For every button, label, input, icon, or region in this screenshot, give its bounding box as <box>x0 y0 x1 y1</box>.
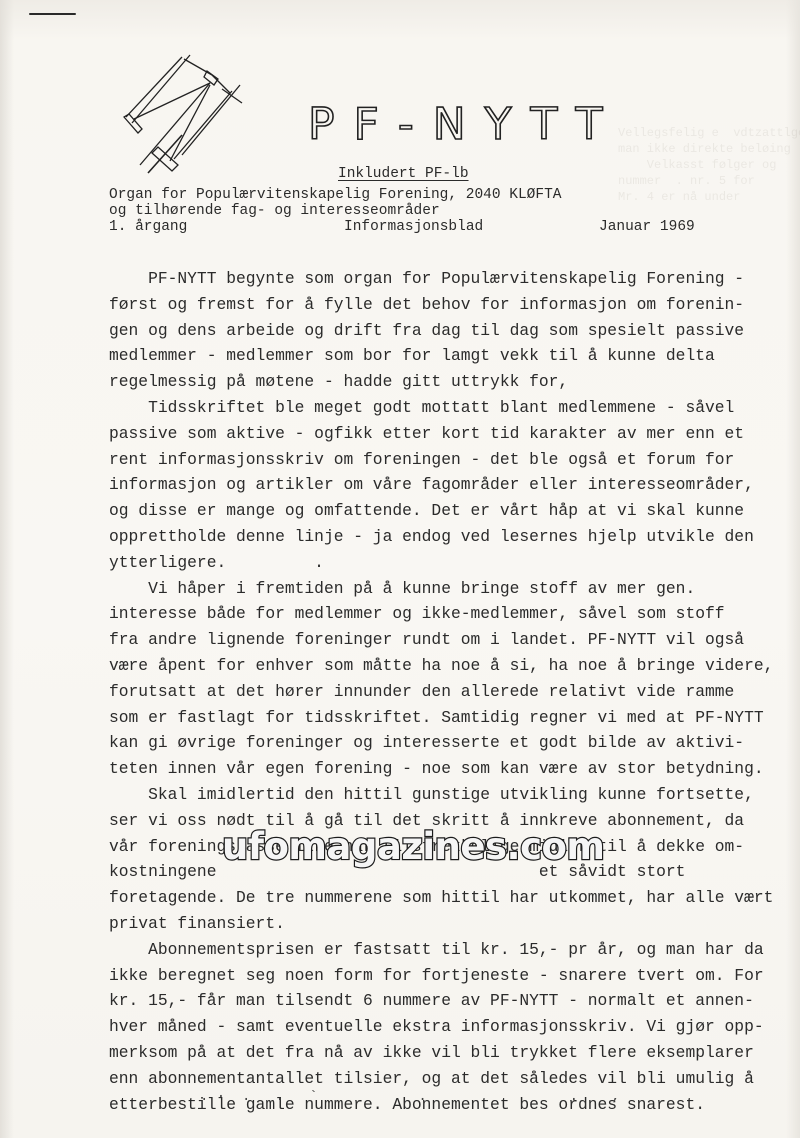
text-line: være åpent for enhver som måtte ha noe å… <box>109 653 789 679</box>
text-line: kan gi øvrige foreninger og interesserte… <box>109 730 789 756</box>
text-line: foretagende. De tre nummerene som hittil… <box>109 885 789 911</box>
subtitle: Inkludert PF-lb <box>338 166 469 182</box>
page-edge-shadow-left <box>0 0 14 1138</box>
telescope-diagram-icon <box>112 45 252 175</box>
paragraph: Tidsskriftet ble meget godt mottatt blan… <box>109 395 789 576</box>
publication-type: Informasjonsblad <box>344 219 483 235</box>
scanned-page: Vellegsfelig e vdtzattlgc man ikke direk… <box>0 0 800 1138</box>
corner-mark <box>29 13 76 15</box>
text-line: ikke beregnet seg noen form for fortjene… <box>109 963 789 989</box>
text-line: rent informasjonsskriv om foreningen - d… <box>109 447 789 473</box>
text-line: Abonnementsprisen er fastsatt til kr. 15… <box>109 937 789 963</box>
text-line: passive som aktive - ogfikk etter kort t… <box>109 421 789 447</box>
text-line: kr. 15,- får man tilsendt 6 nummere av P… <box>109 988 789 1014</box>
trailing-marks: . · . . ` . . , <box>200 1089 620 1105</box>
text-line: merksom på at det fra nå av ikke vil bli… <box>109 1040 789 1066</box>
text-line: medlemmer - medlemmer som bor for lamgt … <box>109 343 789 369</box>
text-line: og disse er mange og omfattende. Det er … <box>109 498 789 524</box>
paragraph: Vi håper i fremtiden på å kunne bringe s… <box>109 576 789 782</box>
masthead-title: PF-NYTT <box>308 100 622 150</box>
text-line: opprettholde denne linje - ja endog ved … <box>109 524 789 550</box>
volume-label: 1. årgang <box>109 219 187 235</box>
text-line: privat finansiert. <box>109 911 789 937</box>
text-line: Skal imidlertid den hittil gunstige utvi… <box>109 782 789 808</box>
issue-date: Januar 1969 <box>599 219 695 235</box>
text-line: først og fremst for å fylle det behov fo… <box>109 292 789 318</box>
watermark: ufomagazines.com <box>222 827 604 867</box>
text-line: fra andre lignende foreninger rundt om i… <box>109 627 789 653</box>
paragraph: PF-NYTT begynte som organ for Populærvit… <box>109 266 789 395</box>
text-line: informasjon og artikler om våre fagområd… <box>109 472 789 498</box>
text-line: forutsatt at det hører innunder den alle… <box>109 679 789 705</box>
text-line: Tidsskriftet ble meget godt mottatt blan… <box>109 395 789 421</box>
text-line: regelmessig på møtene - hadde gitt uttry… <box>109 369 789 395</box>
text-line: enn abonnementantallet tilsier, og at de… <box>109 1066 789 1092</box>
text-line: interesse både for medlemmer og ikke-med… <box>109 601 789 627</box>
text-line: hver måned - samt eventuelle ekstra info… <box>109 1014 789 1040</box>
text-line: gen og dens arbeide og drift fra dag til… <box>109 318 789 344</box>
article-body: PF-NYTT begynte som organ for Populærvit… <box>109 266 789 1117</box>
text-line: som er fastlagt for tidsskriftet. Samtid… <box>109 705 789 731</box>
organization-line-1: Organ for Populærvitenskapelig Forening,… <box>109 187 561 203</box>
reverse-side-show-through: Vellegsfelig e vdtzattlgc man ikke direk… <box>618 125 788 205</box>
text-line: ytterligere. . <box>109 550 789 576</box>
organization-line-2: og tilhørende fag- og interesseområder <box>109 203 440 219</box>
text-line: Vi håper i fremtiden på å kunne bringe s… <box>109 576 789 602</box>
text-line: teten innen vår egen forening - noe som … <box>109 756 789 782</box>
text-line: PF-NYTT begynte som organ for Populærvit… <box>109 266 789 292</box>
